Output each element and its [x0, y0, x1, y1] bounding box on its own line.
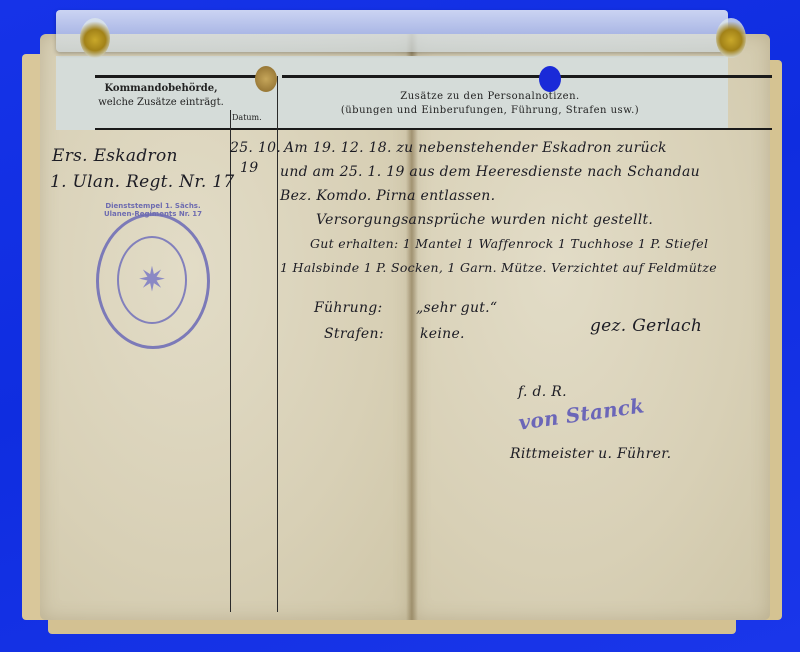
header-left: Kommandobehörde, welche Zusätze einträgt…	[56, 82, 266, 110]
entry-line-5: Gut erhalten: 1 Mantel 1 Waffenrock 1 Tu…	[310, 236, 708, 251]
entry-line-4: Versorgungsansprüche wurden nicht gestel…	[316, 212, 653, 228]
stamp-text: Dienststempel 1. Sächs. Ulanen-Regiments…	[99, 202, 207, 218]
datum-column-right-rule	[277, 76, 278, 612]
header-top-rule-right	[282, 75, 772, 78]
unit-line-1: Ers. Eskadron	[52, 146, 178, 166]
header-bottom-rule	[95, 128, 772, 130]
plexiglass-clip	[56, 10, 728, 52]
signature-title: Rittmeister u. Führer.	[510, 446, 671, 462]
regimental-stamp: ✷ Dienststempel 1. Sächs. Ulanen-Regimen…	[96, 213, 210, 349]
entry-line-2: und am 25. 1. 19 aus dem Heeresdienste n…	[280, 164, 700, 180]
date-line-2: 19	[240, 160, 258, 176]
punishments-value: keine.	[420, 326, 465, 342]
header-top-rule	[95, 75, 265, 78]
header-left-subtitle: welche Zusätze einträgt.	[56, 96, 266, 110]
conduct-value: „sehr gut.“	[416, 300, 497, 316]
clip-stud-left	[80, 18, 110, 58]
stamp-inner-ring: ✷	[117, 236, 187, 324]
conduct-label: Führung:	[314, 300, 383, 316]
header-right-title: Zusätze zu den Personalnotizen.	[280, 90, 700, 104]
header-datum: Datum.	[232, 113, 262, 122]
signature-gez: gez. Gerlach	[590, 316, 702, 336]
clip-stud-right	[716, 18, 746, 58]
entry-line-3: Bez. Komdo. Pirna entlassen.	[280, 188, 495, 204]
punch-hole-gold	[255, 66, 277, 92]
header-right: Zusätze zu den Personalnotizen. (übungen…	[280, 90, 700, 118]
unit-line-2: 1. Ulan. Regt. Nr. 17	[50, 172, 235, 192]
header-right-subtitle: (übungen und Einberufungen, Führung, Str…	[280, 104, 700, 118]
punishments-label: Strafen:	[324, 326, 384, 342]
fda-note: f. d. R.	[518, 384, 567, 400]
punch-hole-blue	[539, 66, 561, 92]
date-line-1: 25. 10.	[230, 140, 281, 156]
star-icon: ✷	[119, 260, 185, 300]
header-left-title: Kommandobehörde,	[56, 82, 266, 96]
entry-line-1: Am 19. 12. 18. zu nebenstehender Eskadro…	[284, 140, 667, 156]
entry-line-6: 1 Halsbinde 1 P. Socken, 1 Garn. Mütze. …	[280, 260, 717, 275]
